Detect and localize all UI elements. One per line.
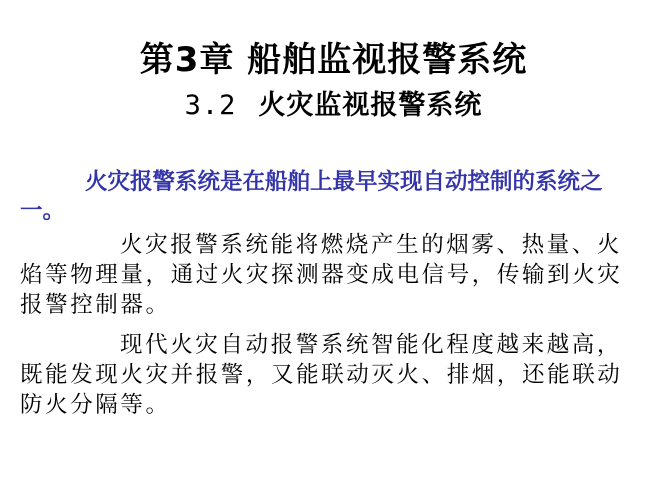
modern-system-paragraph: 现代火灾自动报警系统智能化程度越来越高，既能发现火灾并报警，又能联动灭火、排烟，… xyxy=(20,330,640,420)
intro-paragraph: 火灾报警系统是在船舶上最早实现自动控制的系统之一。 xyxy=(20,168,640,226)
section-number: 3.2 xyxy=(185,90,237,121)
chapter-title: 第3章 船舶监视报警系统 xyxy=(0,38,667,82)
section-title-text: 火灾监视报警系统 xyxy=(258,90,482,121)
detector-paragraph: 火灾报警系统能将燃烧产生的烟雾、热量、火焰等物理量，通过火灾探测器变成电信号，传… xyxy=(20,230,640,320)
section-title: 3.2火灾监视报警系统 xyxy=(0,88,667,124)
slide: 第3章 船舶监视报警系统 3.2火灾监视报警系统 火灾报警系统是在船舶上最早实现… xyxy=(0,0,667,500)
